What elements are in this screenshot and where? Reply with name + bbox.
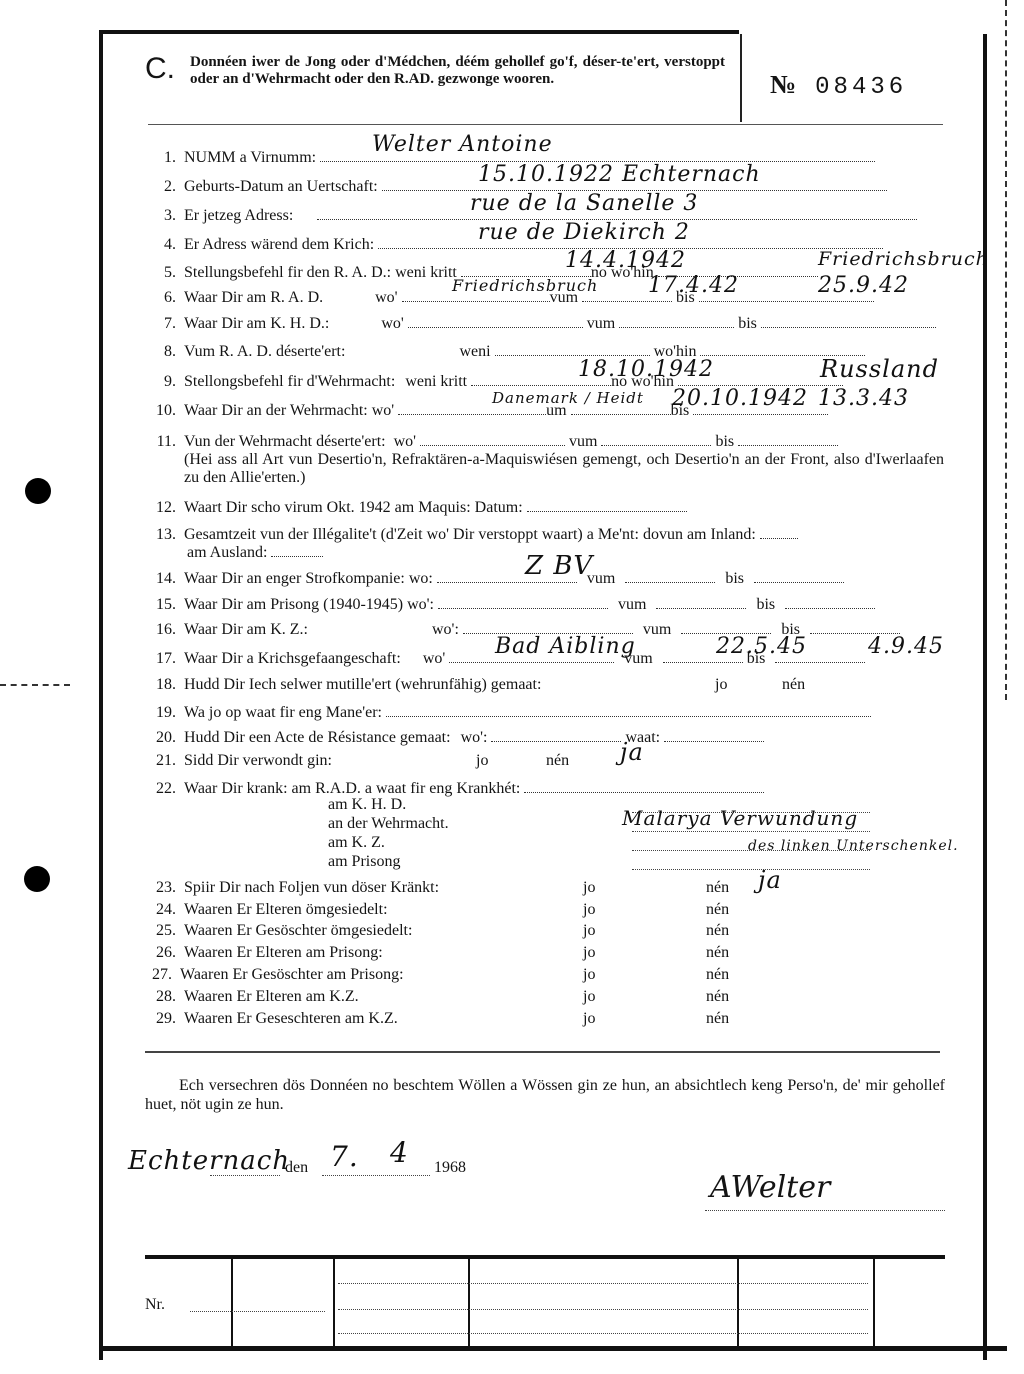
date-year: 1968 — [434, 1159, 466, 1177]
field-row-13-abroad: am Ausland: — [187, 542, 323, 562]
rad-order-date-value: 14.4.1942 — [565, 248, 686, 273]
declaration-text: Ech versechren dös Donnéen no beschtem W… — [145, 1076, 945, 1114]
date-day: 7. — [330, 1140, 359, 1173]
field-row-8: 8.Vum R. A. D. déserte'ert: weni wo'hin — [150, 341, 865, 361]
fold-mark — [0, 684, 70, 686]
aftereffects-no[interactable]: nén — [706, 879, 729, 897]
field-row-23: 23.Spiir Dir nach Foljen vun döser Kränk… — [150, 879, 439, 897]
kz-to-input[interactable] — [810, 619, 900, 634]
form-border-right — [983, 34, 987, 1360]
siblings-resettled-no[interactable]: nén — [706, 922, 729, 940]
war-address-value: rue de Diekirch 2 — [478, 220, 690, 245]
field-row-24: 24.Waaren Er Elteren ömgesiedelt: — [150, 901, 388, 919]
illness-sublabel-khd: am K. H. D. — [328, 796, 406, 814]
field-row-19: 19.Wa jo op waat fir eng Mane'er: — [150, 702, 871, 722]
resistance-place-input[interactable] — [491, 727, 621, 742]
self-mutilation-yes[interactable]: jo — [715, 676, 727, 694]
footer-nr-input[interactable] — [190, 1311, 325, 1312]
rad-desertion-date-input[interactable] — [495, 341, 650, 356]
field-row-7: 7.Waar Dir am K. H. D.: wo' vum bis — [150, 313, 936, 333]
form-border-top — [99, 30, 739, 34]
name-value: Welter Antoine — [372, 132, 553, 157]
illness-rad-input[interactable] — [524, 778, 764, 793]
rad-from-value: 17.4.42 — [648, 273, 739, 298]
footer-table-top — [145, 1255, 945, 1259]
aftereffects-answer: ja — [758, 866, 782, 894]
desertion-from-input[interactable] — [601, 431, 711, 446]
illegality-inland-input[interactable] — [760, 524, 798, 539]
field-row-21: 21.Sidd Dir verwondt gin: — [150, 752, 332, 770]
rad-to-value: 25.9.42 — [818, 273, 909, 298]
place-value: Echternach — [128, 1146, 290, 1176]
illness-wehrmacht-input[interactable] — [632, 831, 870, 832]
resistance-what-input[interactable] — [664, 727, 764, 742]
page-edge-mark — [1005, 0, 1009, 700]
field-row-20: 20.Hudd Dir een Acte de Résistance gemaa… — [150, 727, 764, 747]
punch-hole-icon — [24, 866, 50, 892]
field-row-26: 26.Waaren Er Elteren am Prisong: — [150, 944, 383, 962]
kz-place-input[interactable] — [463, 619, 633, 634]
number-sign-icon: № — [770, 70, 797, 99]
serial-number: 08436 — [815, 74, 907, 101]
parents-resettled-no[interactable]: nén — [706, 901, 729, 919]
wehrmacht-place-value: Danemark / Heidt — [492, 389, 644, 407]
field-row-11: 11.Vun der Wehrmacht déserte'ert: wo' vu… — [150, 431, 838, 451]
field-label: NUMM a Virnumm: — [184, 149, 316, 166]
punishment-company-to-input[interactable] — [754, 568, 844, 583]
section-letter: C. — [145, 52, 175, 86]
field-row-27: 27.Waaren Er Gesöschter am Prisong: — [146, 966, 404, 984]
footer-nr-label: Nr. — [145, 1296, 165, 1314]
signature: AWelter — [710, 1170, 830, 1205]
siblings-kz-no[interactable]: nén — [706, 1010, 729, 1028]
parents-prison-yes[interactable]: jo — [583, 944, 595, 962]
illness-answer-line1: Malarya Verwundung — [622, 806, 858, 830]
field-row-29: 29.Waaren Er Geseschteren am K.Z. — [150, 1010, 398, 1028]
self-mutilation-no[interactable]: nén — [782, 676, 805, 694]
illness-sublabel-kz: am K. Z. — [328, 834, 385, 852]
place-input[interactable] — [210, 1175, 280, 1176]
desertion-place-input[interactable] — [420, 431, 565, 446]
footer-row-1[interactable] — [338, 1283, 868, 1284]
maquis-date-input[interactable] — [527, 497, 687, 512]
wounded-no[interactable]: nén — [546, 752, 569, 770]
wehrmacht-to-value: 13.3.43 — [818, 386, 909, 411]
illness-sublabel-wehrmacht: an der Wehrmacht. — [328, 815, 449, 833]
parents-resettled-yes[interactable]: jo — [583, 901, 595, 919]
rad-desertion-destination-input[interactable] — [700, 341, 865, 356]
field-row-18: 18.Hudd Dir Iech selwer mutille'ert (weh… — [150, 676, 541, 694]
date-label: den — [285, 1159, 308, 1177]
parents-prison-no[interactable]: nén — [706, 944, 729, 962]
punch-hole-icon — [25, 478, 51, 504]
field-row-15: 15.Waar Dir am Prisong (1940-1945) wo': … — [150, 594, 875, 614]
footer-row-3[interactable] — [338, 1333, 868, 1334]
mutilation-method-input[interactable] — [386, 702, 871, 717]
wehrmacht-from-value: 20.10.1942 — [672, 386, 808, 411]
siblings-resettled-yes[interactable]: jo — [583, 922, 595, 940]
form-number: №08436 — [770, 70, 907, 101]
aftereffects-yes[interactable]: jo — [583, 879, 595, 897]
current-address-value: rue de la Sanelle 3 — [470, 191, 698, 216]
wounded-answer: ja — [620, 738, 644, 766]
signature-line[interactable] — [705, 1210, 945, 1211]
pow-to-value: 4.9.45 — [868, 634, 944, 659]
field-row-12: 12.Waart Dir scho virum Okt. 1942 am Maq… — [150, 497, 687, 517]
siblings-prison-no[interactable]: nén — [706, 966, 729, 984]
footer-col-divider — [873, 1258, 875, 1346]
date-input[interactable] — [322, 1175, 430, 1176]
pow-from-value: 22.5.45 — [716, 634, 807, 659]
birth-value: 15.10.1922 Echternach — [478, 162, 761, 187]
prison-from-input[interactable] — [656, 594, 746, 609]
siblings-kz-yes[interactable]: jo — [583, 1010, 595, 1028]
wehrmacht-order-destination-value: Russland — [820, 355, 939, 383]
parents-kz-no[interactable]: nén — [706, 988, 729, 1006]
date-month: 4 — [390, 1136, 409, 1169]
siblings-prison-yes[interactable]: jo — [583, 966, 595, 984]
kz-from-input[interactable] — [681, 619, 771, 634]
rad-order-destination-value: Friedrichsbruch — [818, 248, 989, 270]
wehrmacht-order-date-value: 18.10.1942 — [578, 357, 714, 382]
field-row-25: 25.Waaren Er Gesöschter ömgesiedelt: — [150, 922, 412, 940]
punishment-company-value: Z BV — [525, 551, 593, 581]
footer-row-2[interactable] — [338, 1309, 868, 1310]
desertion-to-input[interactable] — [738, 431, 838, 446]
illness-sublabel-prison: am Prisong — [328, 853, 400, 871]
khd-place-input[interactable] — [408, 313, 583, 328]
form-title: Donnéen iwer de Jong oder d'Médchen, déé… — [190, 54, 725, 88]
field-row-28: 28.Waaren Er Elteren am K.Z. — [150, 988, 359, 1006]
illegality-abroad-input[interactable] — [271, 542, 323, 557]
illness-answer-line2: des linken Unterschenkel. — [748, 838, 959, 854]
parents-kz-yes[interactable]: jo — [583, 988, 595, 1006]
khd-to-input[interactable] — [761, 313, 936, 328]
prison-place-input[interactable] — [438, 594, 608, 609]
khd-from-input[interactable] — [619, 313, 734, 328]
header-divider — [740, 34, 742, 122]
footer-col-divider — [333, 1258, 335, 1346]
form-border-bottom — [99, 1346, 1007, 1351]
form-border-left — [99, 32, 103, 1360]
field-row-13: 13.Gesamtzeit vun der Illégalite't (d'Ze… — [150, 524, 798, 544]
rad-place-value: Friedrichsbruch — [452, 276, 598, 295]
illness-prison-input[interactable] — [632, 869, 870, 870]
pow-place-value: Bad Aibling — [495, 634, 636, 659]
wounded-yes[interactable]: jo — [476, 752, 488, 770]
header-underline — [148, 124, 943, 125]
punishment-company-from-input[interactable] — [625, 568, 715, 583]
prison-to-input[interactable] — [785, 594, 875, 609]
field-row-22: 22.Waar Dir krank: am R.A.D. a waat fir … — [150, 778, 764, 798]
footer-col-divider — [231, 1258, 233, 1346]
field-row-14: 14.Waar Dir an enger Strofkompanie: wo: … — [150, 568, 844, 588]
section-divider — [145, 1051, 940, 1053]
desertion-note: (Hei ass all Art vun Desertio'n, Refrakt… — [184, 451, 944, 487]
